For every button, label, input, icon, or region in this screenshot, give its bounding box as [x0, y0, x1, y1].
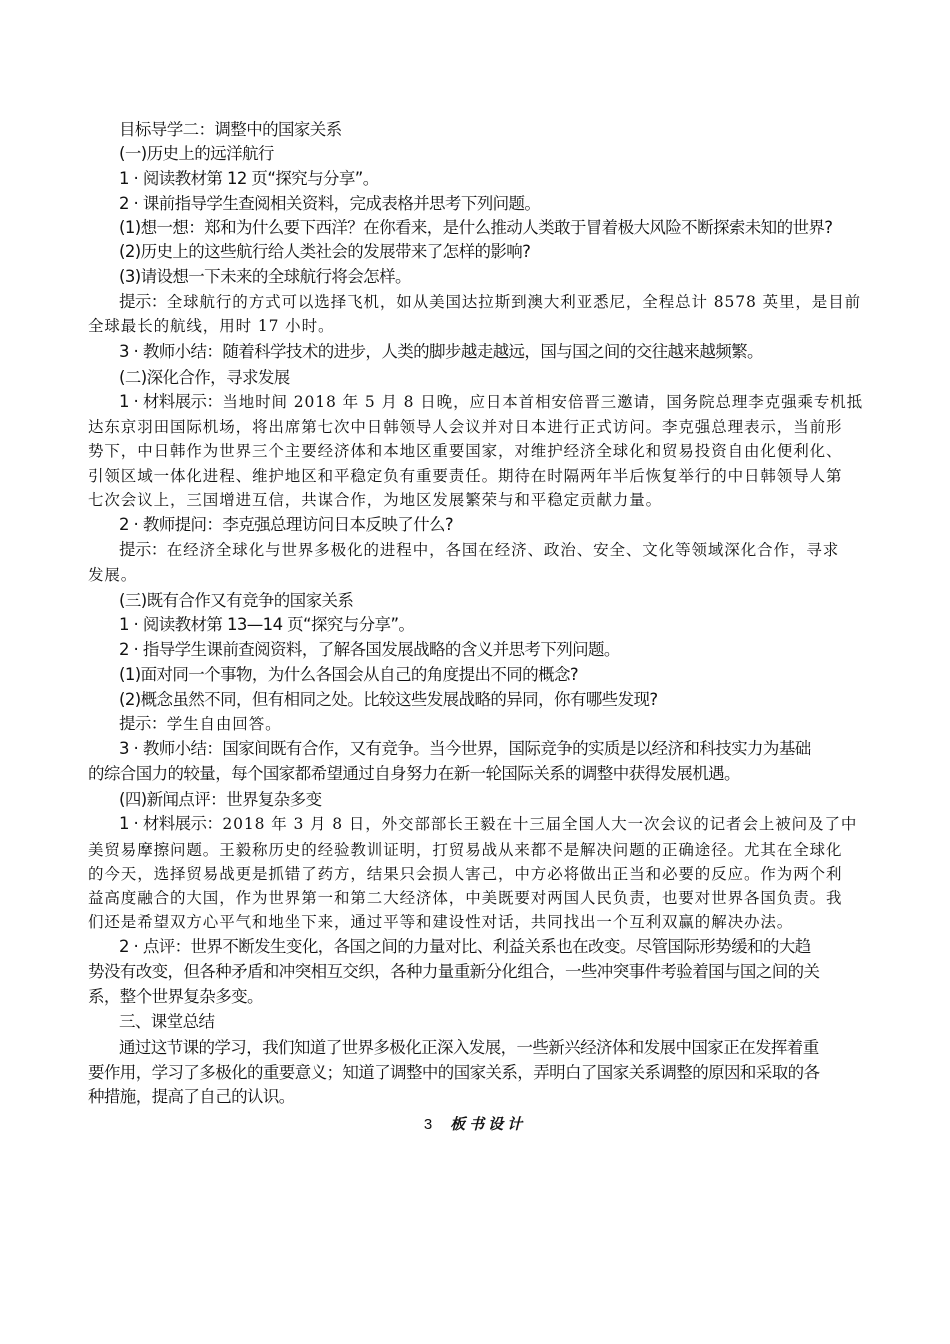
part1-question3: (3)请设想一下未来的全球航行将会怎样。 — [119, 265, 411, 289]
part4-material-line: 益高度融合的大国，作为世界第一和第二大经济体，中美既要对两国人民负责，也要对世界… — [88, 886, 842, 910]
tip-text: 全球航行的方式可以选择飞机，如从美国达拉斯到澳大利亚悉尼，全程总计 8578 英… — [167, 293, 861, 311]
part4-comment-continued: 系，整个世界复杂多变。 — [88, 985, 263, 1009]
part3-tip: 提示：学生自由回答。 — [119, 712, 282, 736]
part3-summary-continued: 的综合国力的较量，每个国家都希望通过自身努力在新一轮国际关系的调整中获得发展机遇… — [88, 762, 740, 786]
material-text: 当地时间 2018 年 5 月 8 日晚，应日本首相安倍晋三邀请，国务院总理李克… — [222, 393, 863, 411]
section-title: 目标导学二：调整中的国家关系 — [119, 118, 342, 142]
part4-comment-continued: 势没有改变，但各种矛盾和冲突相互交织，各种力量重新分化组合，一些冲突事件考验着国… — [88, 960, 819, 984]
part2-tip: 提示：在经济全球化与世界多极化的进程中，各国在经济、政治、安全、文化等领域深化合… — [119, 538, 839, 562]
document-page: 目标导学二：调整中的国家关系 (一)历史上的远洋航行 1 · 阅读教材第 12 … — [0, 0, 950, 1344]
tip-text: 学生自由回答。 — [167, 715, 282, 733]
part3-heading: (三)既有合作又有竞争的国家关系 — [119, 589, 353, 613]
part1-question2: (2)历史上的这些航行给人类社会的发展带来了怎样的影响? — [119, 240, 530, 264]
part1-tip: 提示：全球航行的方式可以选择飞机，如从美国达拉斯到澳大利亚悉尼，全程总计 857… — [119, 290, 861, 314]
material-text: 2018 年 3 月 8 日，外交部部长王毅在十三届全国人大一次会议的记者会上被… — [222, 815, 857, 833]
part3-summary: 3 · 教师小结：国家间既有合作，又有竞争。当今世界，国际竞争的实质是以经济和科… — [119, 737, 811, 761]
part1-tip-continued: 全球最长的航线，用时 17 小时。 — [88, 314, 334, 338]
part1-question1: (1)想一想：郑和为什么要下西洋？在你看来，是什么推动人类敢于冒着极大风险不断探… — [119, 216, 832, 240]
conclusion-text-continued: 种措施，提高了自己的认识。 — [88, 1085, 295, 1109]
part4-material-line: 1 · 材料展示：2018 年 3 月 8 日，外交部部长王毅在十三届全国人大一… — [119, 812, 857, 836]
part2-tip-continued: 发展。 — [88, 563, 137, 587]
part1-item1: 1 · 阅读教材第 12 页“探究与分享”。 — [119, 167, 379, 191]
conclusion-heading: 三、课堂总结 — [119, 1010, 214, 1034]
section-title-board-design: 板书设计 — [450, 1115, 526, 1133]
part2-material-line: 1 · 材料展示：当地时间 2018 年 5 月 8 日晚，应日本首相安倍晋三邀… — [119, 390, 863, 414]
part2-material-line: 引领区域一体化进程、维护地区和平稳定负有重要责任。期待在时隔两年半后恢复举行的中… — [88, 464, 842, 488]
part2-material-line: 势下，中日韩作为世界三个主要经济体和本地区重要国家，对维护经济全球化和贸易投资自… — [88, 439, 842, 463]
tip-label: 提示： — [119, 540, 167, 559]
part2-material-line: 达东京羽田国际机场，将出席第七次中日韩领导人会议并对日本进行正式访问。李克强总理… — [88, 415, 842, 439]
part1-item3: 3 · 教师小结：随着科学技术的进步，人类的脚步越走越远，国与国之间的交往越来越… — [119, 340, 763, 364]
part2-material-line: 七次会议上，三国增进互信，共谋合作，为地区发展繁荣与和平稳定贡献力量。 — [88, 488, 662, 512]
tip-text: 在经济全球化与世界多极化的进程中，各国在经济、政治、安全、文化等领域深化合作，寻… — [167, 541, 839, 559]
conclusion-text-continued: 要作用，学习了多极化的重要意义；知道了调整中的国家关系，弄明白了国家关系调整的原… — [88, 1061, 819, 1085]
tip-label: 提示： — [119, 714, 167, 733]
part4-material-line: 美贸易摩擦问题。王毅称历史的经验教训证明，打贸易战从来都不是解决问题的正确途径。… — [88, 838, 842, 862]
conclusion-text: 通过这节课的学习，我们知道了世界多极化正深入发展，一些新兴经济体和发展中国家正在… — [119, 1036, 819, 1060]
part3-item1: 1 · 阅读教材第 13—14 页“探究与分享”。 — [119, 613, 414, 637]
section-number: 3 — [424, 1116, 432, 1133]
part4-comment: 2 · 点评：世界不断发生变化，各国之间的力量对比、利益关系也在改变。尽管国际形… — [119, 935, 811, 959]
part3-question2: (2)概念虽然不同，但有相同之处。比较这些发展战略的异同，你有哪些发现? — [119, 688, 658, 712]
part3-item2: 2 · 指导学生课前查阅资料，了解各国发展战略的含义并思考下列问题。 — [119, 638, 620, 662]
part1-item2: 2 · 课前指导学生查阅相关资料，完成表格并思考下列问题。 — [119, 192, 540, 216]
board-design-heading: 3板书设计 — [0, 1113, 950, 1134]
material-label: 1 · 材料展示： — [119, 392, 222, 411]
part3-question1: (1)面对同一个事物，为什么各国会从自己的角度提出不同的概念? — [119, 663, 578, 687]
part4-material-line: 的今天，选择贸易战更是抓错了药方，结果只会损人害己，中方必将做出正当和必要的反应… — [88, 862, 842, 886]
part4-heading: (四)新闻点评：世界复杂多变 — [119, 788, 321, 812]
part2-item2: 2 · 教师提问：李克强总理访问日本反映了什么? — [119, 513, 453, 537]
tip-label: 提示： — [119, 292, 167, 311]
part4-material-line: 们还是希望双方心平气和地坐下来，通过平等和建设性对话，共同找出一个互利双赢的解决… — [88, 910, 793, 934]
part1-heading: (一)历史上的远洋航行 — [119, 142, 274, 166]
material-label: 1 · 材料展示： — [119, 814, 222, 833]
part2-heading: (二)深化合作，寻求发展 — [119, 366, 290, 390]
